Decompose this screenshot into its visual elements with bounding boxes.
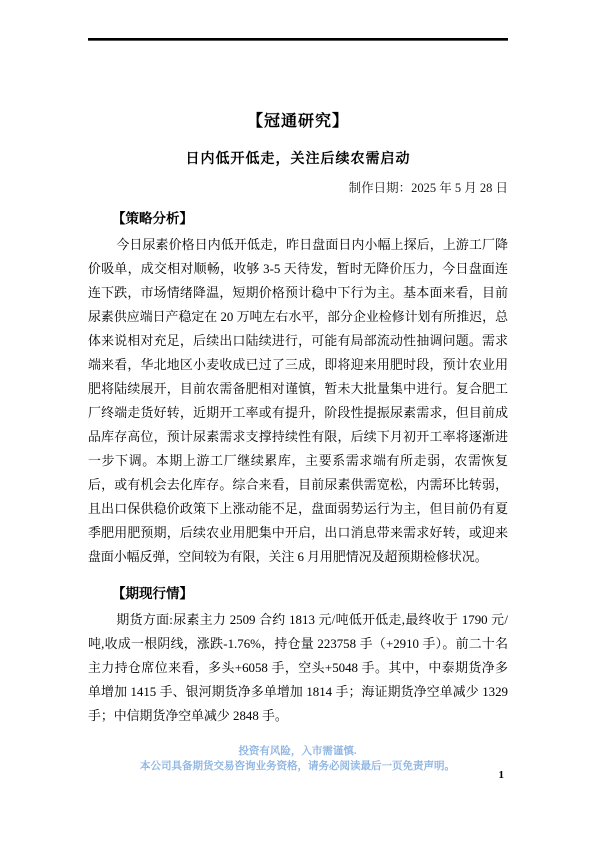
section-heading-futures-spot-market: 【期现行情】 xyxy=(88,585,508,602)
report-date: 制作日期：2025 年 5 月 28 日 xyxy=(88,180,508,197)
document-content: 【冠通研究】 日内低开低走，关注后续农需启动 制作日期：2025 年 5 月 2… xyxy=(88,0,508,728)
futures-spot-market-paragraph: 期货方面:尿素主力 2509 合约 1813 元/吨低开低走,最终收于 1790… xyxy=(88,608,508,728)
page-number: 1 xyxy=(499,769,505,781)
report-series-title: 【冠通研究】 xyxy=(88,113,508,131)
header-rule xyxy=(88,38,508,41)
strategy-analysis-paragraph: 今日尿素价格日内低开低走，昨日盘面日内小幅上探后，上游工厂降价吸单，成交相对顺畅… xyxy=(88,233,508,569)
page-footer: 投资有风险，入市需谨慎. 本公司具备期货交易咨询业务资格，请务必阅读最后一页免责… xyxy=(0,744,595,774)
footer-risk-warning: 投资有风险，入市需谨慎. xyxy=(0,744,595,759)
document-page: 【冠通研究】 日内低开低走，关注后续农需启动 制作日期：2025 年 5 月 2… xyxy=(0,0,595,842)
footer-disclaimer: 本公司具备期货交易咨询业务资格，请务必阅读最后一页免责声明。 xyxy=(0,759,595,774)
section-heading-strategy-analysis: 【策略分析】 xyxy=(88,210,508,227)
report-title: 日内低开低走，关注后续农需启动 xyxy=(88,152,508,168)
